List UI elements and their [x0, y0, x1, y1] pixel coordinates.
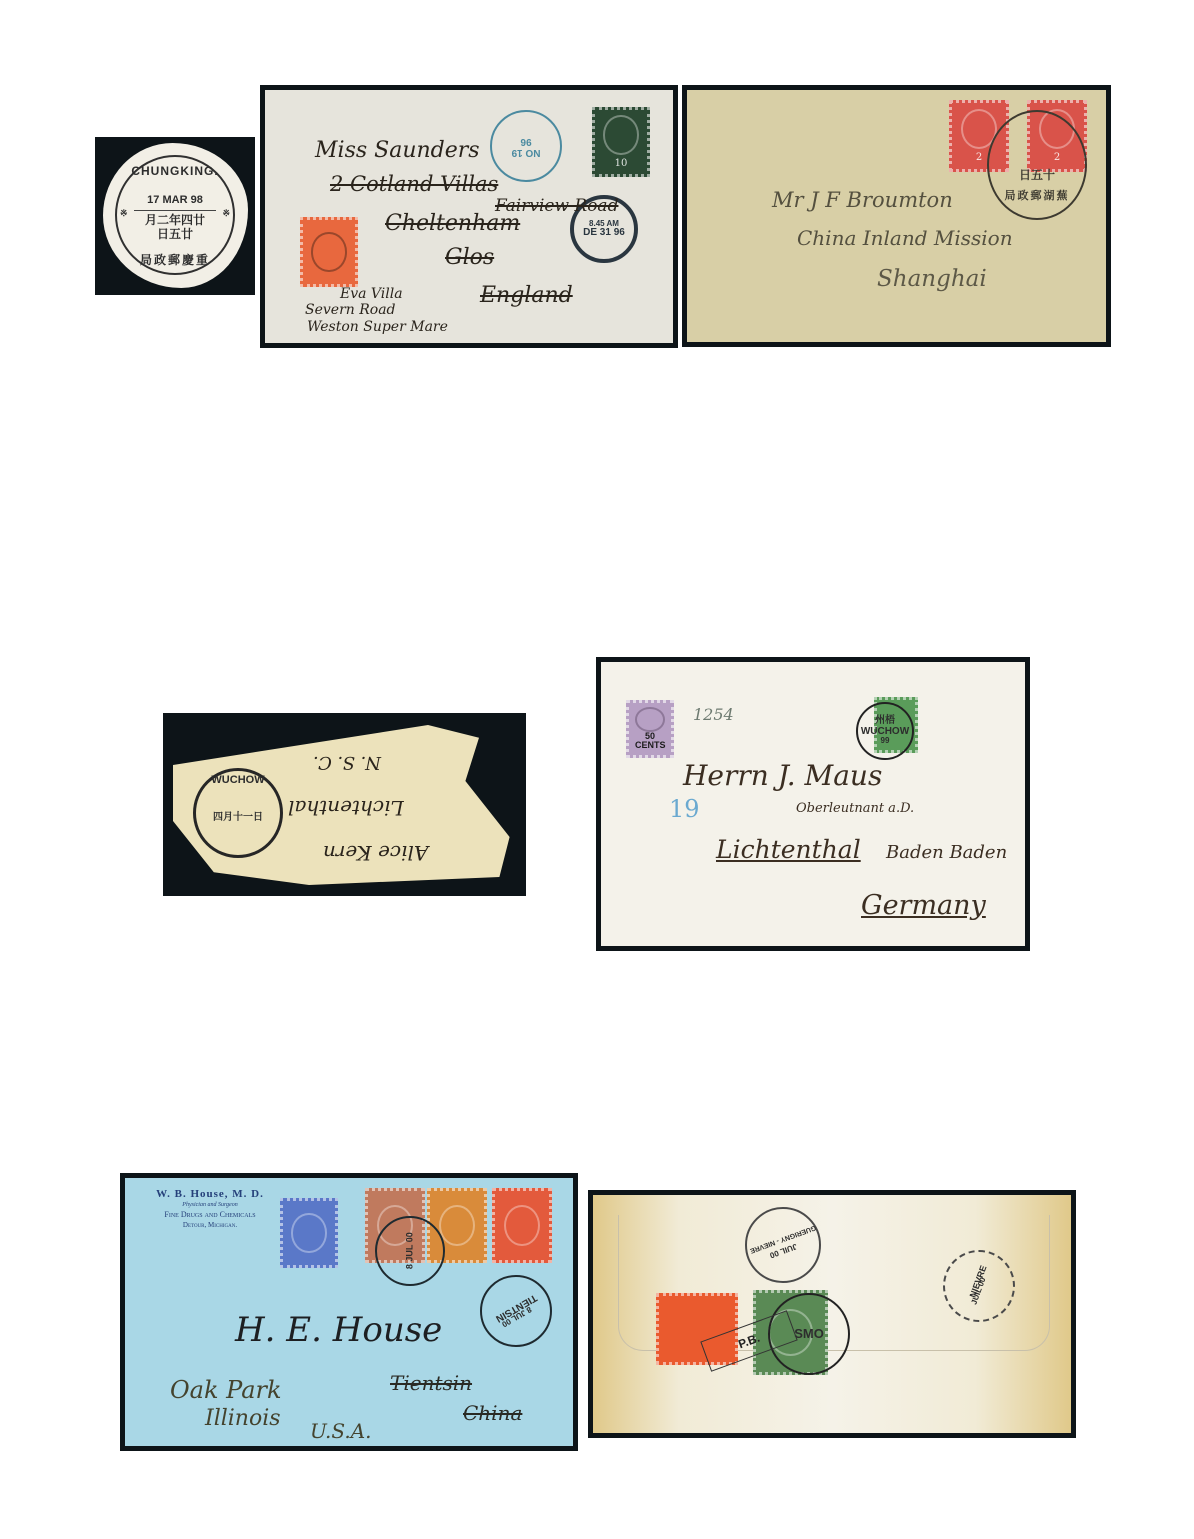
- tientsin-postmark: TIENTSIN 8 JUL 00: [480, 1275, 552, 1347]
- nievre-postmark: NIEVRE JUIL 00: [943, 1250, 1015, 1322]
- wuchow-postmark: 州梧 WUCHOW 99: [856, 702, 914, 760]
- postmark-ornament-left: ※: [120, 209, 128, 218]
- wuchow-fragment: WUCHOW 四月十一日 N. S. C. Lichtenthal Alice …: [163, 713, 526, 896]
- address-line: Oberleutnant a.D.: [796, 802, 914, 815]
- envelope-back: GUERIGNY - NIEVRE JUIL 00 NIEVRE JUIL 00…: [593, 1195, 1071, 1433]
- blue-crayon-mark: 19: [669, 797, 700, 821]
- postmark-chinese-day: 日五廿: [157, 228, 193, 241]
- forwarding-line: Weston Super Mare: [307, 320, 448, 334]
- address-line: H. E. House: [235, 1313, 442, 1347]
- wuchow-postmark: WUCHOW 四月十一日: [193, 768, 283, 858]
- maus-cover: 50 CENTS 州梧 WUCHOW 99 1254 19 Herrn J. M…: [596, 657, 1030, 951]
- address-line-struck: Cheltenham: [385, 213, 520, 235]
- envelope-front: 10 NO 19 96 8.45 AM DE 31 96 Miss Saunde…: [265, 90, 673, 343]
- red-stamp: [492, 1188, 552, 1263]
- orange-red-stamp: [300, 217, 358, 287]
- forwarding-line: Severn Road: [305, 303, 396, 317]
- address-line: Germany: [861, 892, 986, 919]
- letterhead: W. B. House, M. D. Physician and Surgeon…: [135, 1188, 285, 1229]
- broumton-cover: 2 2 日五十 局政郵湖蕪 Mr J F Broumton China Inla…: [682, 85, 1111, 347]
- green-10-cent-stamp: 10: [592, 107, 650, 177]
- postmark-town: CHUNGKING.: [131, 165, 218, 178]
- registration-number: 1254: [693, 707, 734, 723]
- postmark-chinese-month: 月二年四廿: [145, 214, 205, 227]
- address-line: Illinois: [205, 1408, 281, 1430]
- address-line: Herrn J. Maus: [683, 762, 882, 790]
- chungking-postmark: CHUNGKING. 17 MAR 98 月二年四廿 日五廿 局政郵慶重 ※ ※: [115, 155, 235, 275]
- inscription-line: N. S. C.: [313, 753, 381, 771]
- letterhead-title: Physician and Surgeon: [135, 1202, 285, 1208]
- forwarding-line: Eva Villa: [340, 287, 403, 301]
- letterhead-name: W. B. House, M. D.: [135, 1188, 285, 1200]
- inscription-line: Lichtenthal: [288, 798, 404, 818]
- saunders-cover: 10 NO 19 96 8.45 AM DE 31 96 Miss Saunde…: [260, 85, 678, 348]
- address-line: Shanghai: [877, 268, 987, 291]
- blue-japanese-stamp: [280, 1198, 338, 1268]
- address-line-struck: England: [480, 285, 573, 307]
- address-line: Miss Saunders: [315, 140, 480, 162]
- blue-postmark: NO 19 96: [490, 110, 562, 182]
- address-line: Baden Baden: [886, 844, 1007, 862]
- envelope-front: W. B. House, M. D. Physician and Surgeon…: [125, 1178, 573, 1446]
- inscription-line: Alice Kern: [323, 843, 428, 863]
- postmark-date: 17 MAR 98: [147, 195, 203, 207]
- address-line: Lichtenthal: [716, 837, 861, 862]
- nievre-back: GUERIGNY - NIEVRE JUIL 00 NIEVRE JUIL 00…: [588, 1190, 1076, 1438]
- wuhu-postmark: 日五十 局政郵湖蕪: [987, 110, 1087, 220]
- address-line: Oak Park: [170, 1378, 282, 1402]
- tientsin-postmark: 8 JUL 00: [375, 1216, 445, 1286]
- postmark-ornament-right: ※: [222, 209, 230, 218]
- envelope-front: 2 2 日五十 局政郵湖蕪 Mr J F Broumton China Inla…: [687, 90, 1106, 342]
- address-line-struck: Glos: [445, 247, 494, 269]
- address-line: Mr J F Broumton: [772, 190, 953, 211]
- guerigny-nievre-postmark: GUERIGNY - NIEVRE JUIL 00: [745, 1207, 821, 1283]
- address-line: China Inland Mission: [797, 228, 1013, 248]
- letterhead-town: Detour, Michigan.: [135, 1221, 285, 1229]
- chungking-cancel-piece: CHUNGKING. 17 MAR 98 月二年四廿 日五廿 局政郵慶重 ※ ※: [95, 137, 255, 295]
- postmark-chinese-ring: 局政郵慶重: [140, 254, 210, 267]
- address-line-struck: Tientsin: [390, 1373, 472, 1393]
- hong-kong-50-cents-stamp: 50 CENTS: [626, 700, 674, 758]
- address-line-struck: China: [463, 1403, 522, 1423]
- envelope-front: 50 CENTS 州梧 WUCHOW 99 1254 19 Herrn J. M…: [601, 662, 1025, 946]
- house-cover: W. B. House, M. D. Physician and Surgeon…: [120, 1173, 578, 1451]
- address-line-struck: 2 Cotland Villas: [330, 174, 498, 195]
- address-line: U.S.A.: [310, 1421, 372, 1441]
- letterhead-line: Fine Drugs and Chemicals: [135, 1210, 285, 1219]
